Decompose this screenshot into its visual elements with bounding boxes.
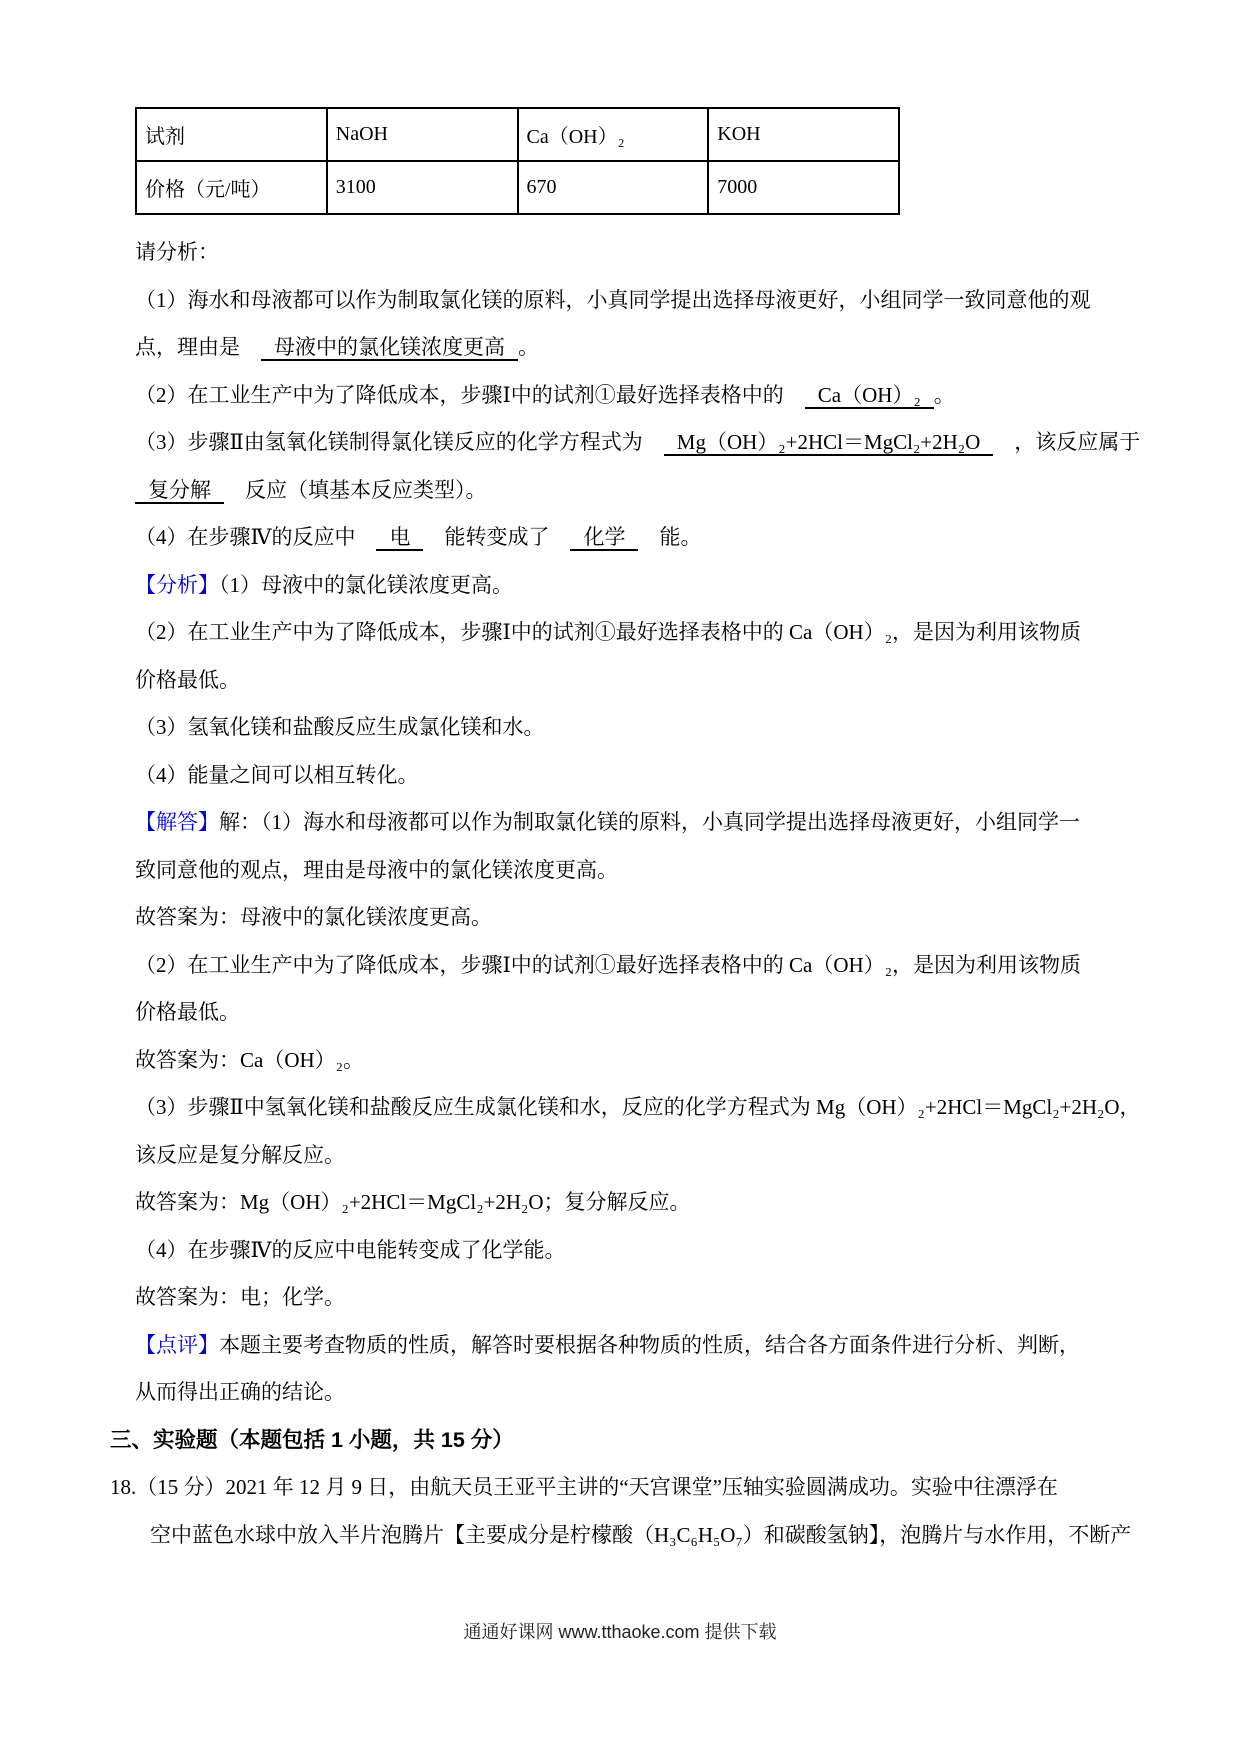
text-line: 故答案为：Mg（OH）₂+2HCl＝MgCl₂+2H₂O；复分解反应。 [135, 1179, 1120, 1227]
text-segment: 故答案为：Ca（OH）₂。 [135, 1048, 364, 1072]
reagent-price-table-body: 试剂NaOHCa（OH）₂KOH价格（元/吨）31006707000 [136, 108, 899, 214]
text-segment [784, 383, 805, 407]
text-line: （3）步骤Ⅱ由氢氧化镁制得氯化镁反应的化学方程式为 Mg（OH）₂+2HCl＝M… [135, 419, 1120, 467]
text-line: 致同意他的观点，理由是母液中的氯化镁浓度更高。 [135, 847, 1120, 895]
text-line: 点，理由是 母液中的氯化镁浓度更高。 [135, 324, 1120, 372]
text-segment: （4）能量之间可以相互转化。 [135, 763, 419, 787]
footer-text: 通通好课网 www.tthaoke.com 提供下载 [463, 1622, 776, 1642]
text-segment: 。 [934, 383, 955, 407]
text-line: （4）能量之间可以相互转化。 [135, 752, 1120, 800]
text-line: 【分析】（1）母液中的氯化镁浓度更高。 [135, 562, 1120, 610]
text-line: 空中蓝色水球中放入半片泡腾片【主要成分是柠檬酸（H₃C₆H₅O₇）和碳酸氢钠】，… [150, 1512, 1120, 1560]
text-line: 请分析： [135, 229, 1120, 277]
text-line: （4）在步骤Ⅳ的反应中电能转变成了化学能。 [135, 1227, 1120, 1275]
text-segment: （4）在步骤Ⅳ的反应中 [135, 525, 355, 549]
text-line: （4）在步骤Ⅳ的反应中 电 能转变成了 化学 能。 [135, 514, 1120, 562]
text-segment: 价格最低。 [135, 1000, 240, 1024]
text-segment: 三、实验题（本题包括 1 小题，共 15 分） [110, 1428, 514, 1452]
table-cell: Ca（OH）₂ [518, 108, 709, 161]
text-line: 故答案为：电；化学。 [135, 1274, 1120, 1322]
table-cell: NaOH [327, 108, 518, 161]
text-segment: （1）母液中的氯化镁浓度更高。 [219, 573, 513, 597]
text-segment: ，该反应属于 [993, 430, 1140, 454]
text-segment: 反应（填基本反应类型）。 [224, 478, 487, 502]
text-segment: （4）在步骤Ⅳ的反应中电能转变成了化学能。 [135, 1238, 565, 1262]
text-line: 18.（15 分）2021 年 12 月 9 日，由航天员王亚平主讲的“天宫课堂… [110, 1464, 1120, 1512]
table-cell: 7000 [708, 161, 899, 214]
text-line: （1）海水和母液都可以作为制取氯化镁的原料，小真同学提出选择母液更好，小组同学一… [135, 277, 1120, 325]
text-line: （2）在工业生产中为了降低成本，步骤Ⅰ中的试剂①最好选择表格中的 Ca（OH）₂… [135, 372, 1120, 420]
text-line: 【解答】解：（1）海水和母液都可以作为制取氯化镁的原料，小真同学提出选择母液更好… [135, 799, 1120, 847]
table-row: 价格（元/吨）31006707000 [136, 161, 899, 214]
answer-blank: 化学 [570, 525, 638, 551]
text-line: 故答案为：Ca（OH）₂。 [135, 1037, 1120, 1085]
text-line: 复分解 反应（填基本反应类型）。 [135, 467, 1120, 515]
document-page: 试剂NaOHCa（OH）₂KOH价格（元/吨）31006707000 请分析：（… [0, 0, 1240, 1754]
text-segment: （2）在工业生产中为了降低成本，步骤Ⅰ中的试剂①最好选择表格中的 Ca（OH）₂… [135, 953, 1081, 977]
text-segment: 能。 [638, 525, 701, 549]
text-segment [643, 430, 664, 454]
text-segment: （3）步骤Ⅱ由氢氧化镁制得氯化镁反应的化学方程式为 [135, 430, 643, 454]
answer-blank: Ca（OH）₂ [805, 383, 934, 409]
text-line: （3）氢氧化镁和盐酸反应生成氯化镁和水。 [135, 704, 1120, 752]
text-segment: 故答案为：Mg（OH）₂+2HCl＝MgCl₂+2H₂O；复分解反应。 [135, 1190, 691, 1214]
table-cell: 670 [518, 161, 709, 214]
text-segment: 空中蓝色水球中放入半片泡腾片【主要成分是柠檬酸（H₃C₆H₅O₇）和碳酸氢钠】，… [150, 1523, 1131, 1547]
text-segment: 故答案为：电；化学。 [135, 1285, 345, 1309]
table-cell: 价格（元/吨） [136, 161, 327, 214]
text-line: （2）在工业生产中为了降低成本，步骤Ⅰ中的试剂①最好选择表格中的 Ca（OH）₂… [135, 942, 1120, 990]
text-segment: （1）海水和母液都可以作为制取氯化镁的原料，小真同学提出选择母液更好，小组同学一… [135, 288, 1091, 312]
table-cell: 试剂 [136, 108, 327, 161]
answer-blank: Mg（OH）₂+2HCl＝MgCl₂+2H₂O [664, 430, 994, 456]
table-cell: 3100 [327, 161, 518, 214]
text-segment [240, 335, 261, 359]
section-label: 【分析】 [135, 573, 219, 597]
text-line: （2）在工业生产中为了降低成本，步骤Ⅰ中的试剂①最好选择表格中的 Ca（OH）₂… [135, 609, 1120, 657]
text-line: 故答案为：母液中的氯化镁浓度更高。 [135, 894, 1120, 942]
text-segment: （2）在工业生产中为了降低成本，步骤Ⅰ中的试剂①最好选择表格中的 [135, 383, 784, 407]
text-segment: 请分析： [135, 240, 219, 264]
text-segment: （3）氢氧化镁和盐酸反应生成氯化镁和水。 [135, 715, 545, 739]
table-cell: KOH [708, 108, 899, 161]
text-line: 价格最低。 [135, 989, 1120, 1037]
answer-blank: 母液中的氯化镁浓度更高 [261, 335, 518, 361]
answer-blank: 复分解 [135, 478, 224, 504]
reagent-price-table: 试剂NaOHCa（OH）₂KOH价格（元/吨）31006707000 [135, 107, 900, 215]
text-segment [355, 525, 376, 549]
text-line: （3）步骤Ⅱ中氢氧化镁和盐酸反应生成氯化镁和水，反应的化学方程式为 Mg（OH）… [135, 1084, 1120, 1132]
text-segment: （3）步骤Ⅱ中氢氧化镁和盐酸反应生成氯化镁和水，反应的化学方程式为 Mg（OH）… [135, 1095, 1141, 1119]
text-line: 从而得出正确的结论。 [135, 1369, 1120, 1417]
text-line: 该反应是复分解反应。 [135, 1132, 1120, 1180]
text-segment: 从而得出正确的结论。 [135, 1380, 345, 1404]
document-body: 请分析：（1）海水和母液都可以作为制取氯化镁的原料，小真同学提出选择母液更好，小… [110, 229, 1120, 1559]
text-segment: 解：（1）海水和母液都可以作为制取氯化镁的原料，小真同学提出选择母液更好，小组同… [219, 810, 1080, 834]
text-segment: 该反应是复分解反应。 [135, 1143, 345, 1167]
answer-blank: 电 [376, 525, 423, 551]
section-label: 【解答】 [135, 810, 219, 834]
text-segment: 价格最低。 [135, 668, 240, 692]
section-heading: 三、实验题（本题包括 1 小题，共 15 分） [110, 1417, 1120, 1465]
page-footer: 通通好课网 www.tthaoke.com 提供下载 [0, 1618, 1240, 1644]
text-segment: 故答案为：母液中的氯化镁浓度更高。 [135, 905, 492, 929]
section-label: 【点评】 [135, 1333, 219, 1357]
text-segment: 点，理由是 [135, 335, 240, 359]
text-line: 【点评】本题主要考查物质的性质，解答时要根据各种物质的性质，结合各方面条件进行分… [135, 1322, 1120, 1370]
text-segment: 。 [518, 335, 539, 359]
table-row: 试剂NaOHCa（OH）₂KOH [136, 108, 899, 161]
text-segment: （2）在工业生产中为了降低成本，步骤Ⅰ中的试剂①最好选择表格中的 Ca（OH）₂… [135, 620, 1081, 644]
text-segment: 致同意他的观点，理由是母液中的氯化镁浓度更高。 [135, 858, 618, 882]
text-segment: 能转变成了 [423, 525, 570, 549]
text-line: 价格最低。 [135, 657, 1120, 705]
text-segment: 18.（15 分）2021 年 12 月 9 日，由航天员王亚平主讲的“天宫课堂… [110, 1475, 1058, 1499]
text-segment: 本题主要考查物质的性质，解答时要根据各种物质的性质，结合各方面条件进行分析、判断… [219, 1333, 1080, 1357]
